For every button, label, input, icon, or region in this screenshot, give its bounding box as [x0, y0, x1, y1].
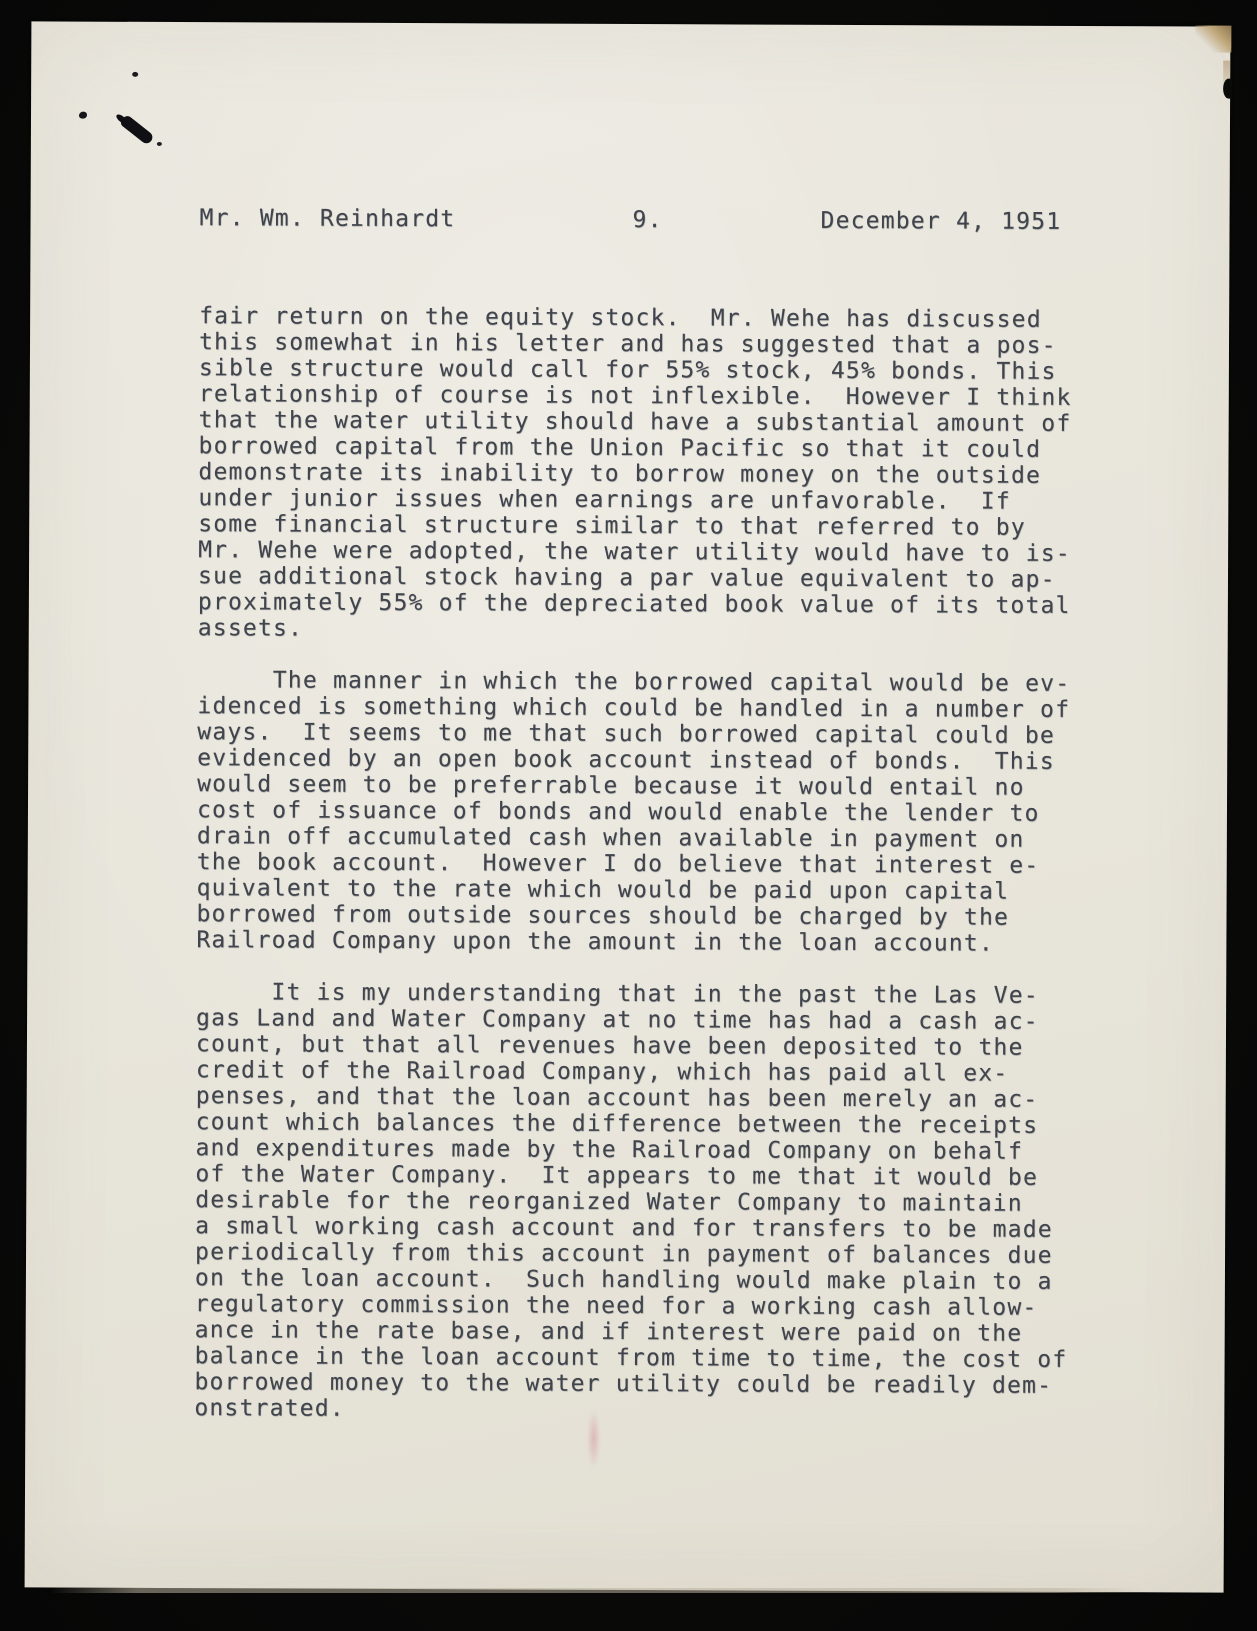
ink-speck-mark: [157, 142, 162, 146]
typewritten-content: Mr. Wm. Reinhardt 9. December 4, 1951 fa…: [194, 22, 1131, 1592]
edge-notch: [1223, 79, 1232, 99]
paragraph-2: The manner in which the borrowed capital…: [196, 667, 1070, 957]
ink-blot-mark: [119, 114, 155, 146]
ink-dot-mark: [79, 112, 87, 119]
ink-dot-mark: [132, 72, 138, 77]
document-page: Mr. Wm. Reinhardt 9. December 4, 1951 fa…: [25, 21, 1231, 1592]
paragraph-1: fair return on the equity stock. Mr. Weh…: [198, 303, 1072, 645]
letter-date: December 4, 1951: [821, 208, 1062, 235]
paragraph-3: It is my understanding that in the past …: [194, 979, 1069, 1425]
worn-corner: [1195, 25, 1231, 52]
scan-background: Mr. Wm. Reinhardt 9. December 4, 1951 fa…: [0, 0, 1257, 1631]
page-header: Mr. Wm. Reinhardt 9. December 4, 1951: [200, 205, 1100, 235]
bottom-sheet-edge: [50, 1588, 1142, 1593]
recipient-name: Mr. Wm. Reinhardt: [200, 205, 456, 232]
page-number: 9.: [633, 207, 663, 233]
